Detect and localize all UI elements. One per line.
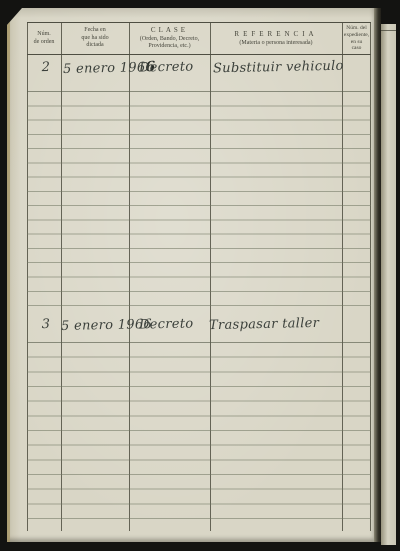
entry1-clase: Decreto xyxy=(139,59,194,75)
entry1-date-text: 5 enero 196 xyxy=(63,60,146,77)
entry2-referencia: Traspasar taller xyxy=(209,316,319,333)
table-header: Núm. de orden Fecha en que ha sido dicta… xyxy=(27,23,371,55)
book-scan: Núm. de orden Fecha en que ha sido dicta… xyxy=(0,0,400,551)
ledger-page: Núm. de orden Fecha en que ha sido dicta… xyxy=(7,8,374,542)
entry2-order-number: 3 xyxy=(33,317,59,333)
header-clase-title: CLASE xyxy=(151,26,188,35)
header-clase-sub: (Orden, Bando, Decreto, Providencia, etc… xyxy=(140,36,199,51)
entry1-referencia: Substituir vehiculo xyxy=(213,59,344,77)
page-left-edge xyxy=(7,22,10,542)
header-fecha: Fecha en que ha sido dictada xyxy=(61,23,129,54)
header-referencia: REFERENCIA (Materia o persona interesada… xyxy=(210,23,342,54)
facing-page-rule xyxy=(381,30,396,31)
registry-table: Núm. de orden Fecha en que ha sido dicta… xyxy=(27,22,371,531)
header-clase: CLASE (Orden, Bando, Decreto, Providenci… xyxy=(129,23,210,54)
header-num-orden: Núm. de orden xyxy=(27,23,61,54)
empty-ruled-rows-lower xyxy=(27,343,371,519)
entry-row-1: 2 5 enero 1966 Decreto Substituir vehicu… xyxy=(27,55,371,92)
facing-page-edge xyxy=(381,24,396,545)
entry2-clase: Decreto xyxy=(139,316,194,332)
header-referencia-title: REFERENCIA xyxy=(234,30,317,39)
empty-ruled-rows-upper xyxy=(27,92,371,306)
entry1-order-number: 2 xyxy=(33,60,59,76)
header-referencia-sub: (Materia o persona interesada) xyxy=(239,40,312,48)
entry-row-2: 3 5 enero 1966 Decreto Traspasar taller xyxy=(27,306,371,343)
header-expediente: Núm. del expediente, en su caso xyxy=(342,23,371,54)
book-gutter-shadow xyxy=(374,8,381,542)
